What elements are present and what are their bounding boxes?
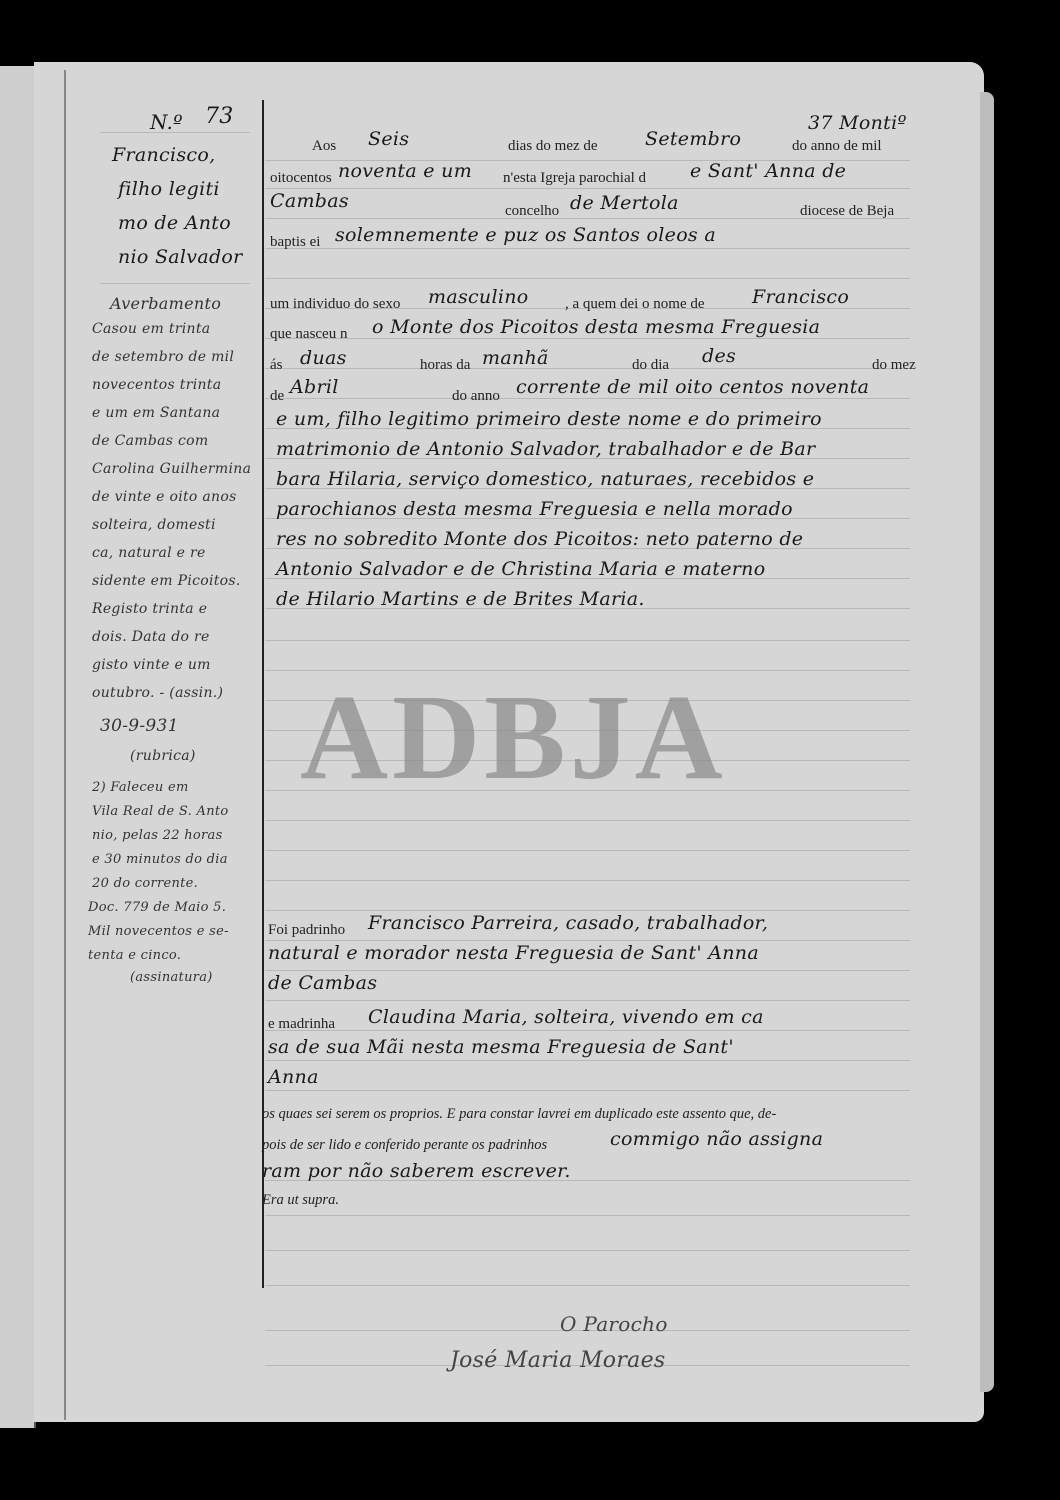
record-number-label: N.º — [150, 110, 183, 134]
margin-note-line: Casou em trinta — [92, 321, 210, 337]
printed-text: do mez — [872, 357, 916, 374]
ruled-line — [265, 1060, 910, 1061]
margin-name-line: mo de Anto — [118, 212, 231, 234]
margin-note-line: nio, pelas 22 horas — [92, 828, 223, 843]
handwritten-text: bara Hilaria, serviço domestico, naturae… — [276, 468, 814, 490]
margin-note-initials: (rubrica) — [130, 748, 196, 764]
printed-text: do anno — [452, 388, 500, 405]
madrinha-line: Claudina Maria, solteira, vivendo em ca — [368, 1006, 764, 1028]
ruled-line — [265, 1030, 910, 1031]
margin-note-line: Carolina Guilhermina — [92, 461, 251, 477]
ruled-line — [265, 970, 910, 971]
margin-note-line: 2) Faleceu em — [92, 780, 189, 795]
handwritten-text: e um, filho legitimo primeiro deste nome… — [276, 408, 822, 430]
record-number: 73 — [205, 104, 234, 129]
ruled-line — [265, 1250, 910, 1251]
ruled-line — [265, 640, 910, 641]
ruled-line — [265, 248, 910, 249]
madrinha-label: e madrinha — [268, 1016, 335, 1033]
handwritten-text: noventa e um — [338, 160, 472, 182]
handwritten-text: Abril — [290, 376, 339, 398]
ruled-line — [265, 910, 910, 911]
margin-note-line: outubro. - (assin.) — [92, 685, 223, 701]
ruled-line — [265, 1215, 910, 1216]
margin-note-line: gisto vinte e um — [92, 657, 211, 673]
margin-note-line: Vila Real de S. Anto — [92, 804, 229, 819]
margin-name-line: filho legiti — [118, 178, 220, 200]
handwritten-text: o Monte dos Picoitos desta mesma Fregues… — [372, 316, 820, 338]
margin-note-line: Averbamento — [110, 294, 221, 313]
padrinho-line: Francisco Parreira, casado, trabalhador, — [368, 912, 768, 934]
ruled-line — [265, 338, 910, 339]
printed-text: um individuo do sexo — [270, 296, 400, 313]
margin-note-line: e 30 minutos do dia — [92, 852, 228, 867]
printed-text: de — [270, 388, 284, 405]
margin-note-line: sidente em Picoitos. — [92, 573, 241, 589]
printed-text: ás — [270, 357, 283, 374]
margin-name-line: nio Salvador — [118, 246, 243, 268]
closing-line: os quaes sei serem os proprios. E para c… — [262, 1106, 776, 1123]
margin-note-line: Mil novecentos e se- — [88, 924, 229, 939]
signature-title: O Parocho — [560, 1312, 668, 1336]
handwritten-text: Antonio Salvador e de Christina Maria e … — [276, 558, 765, 580]
padrinho-line: de Cambas — [268, 972, 377, 994]
closing-handwritten: ram por não saberem escrever. — [262, 1160, 571, 1182]
handwritten-text: Cambas — [270, 190, 349, 212]
ruled-line — [100, 283, 250, 284]
printed-text: do anno de mil — [792, 138, 882, 155]
handwritten-text: de Mertola — [570, 192, 679, 214]
ruled-line — [265, 1000, 910, 1001]
margin-note-line: e um em Santana — [92, 405, 220, 421]
margin-note-date: 30-9-931 — [100, 716, 179, 736]
madrinha-line: sa de sua Mãi nesta mesma Freguesia de S… — [268, 1036, 734, 1058]
ruled-line — [265, 1090, 910, 1091]
margin-note-line: Registo trinta e — [92, 601, 207, 617]
ruled-line — [265, 1285, 910, 1286]
handwritten-text: Setembro — [645, 128, 741, 150]
margin-note-line: Doc. 779 de Maio 5. — [88, 900, 226, 915]
signature-name: José Maria Moraes — [450, 1348, 666, 1373]
ruled-line — [265, 850, 910, 851]
ruled-line — [265, 820, 910, 821]
handwritten-text: Francisco — [752, 286, 849, 308]
ruled-line — [265, 880, 910, 881]
annotation-top-right: 37 Montiº — [808, 112, 907, 134]
margin-note-line: tenta e cinco. — [88, 948, 181, 963]
handwritten-text: parochianos desta mesma Freguesia e nell… — [276, 498, 793, 520]
madrinha-line: Anna — [268, 1066, 319, 1088]
margin-note-line: ca, natural e re — [92, 545, 206, 561]
margin-note-line: de Cambas com — [92, 433, 208, 449]
handwritten-text: duas — [300, 347, 347, 369]
margin-name-line: Francisco, — [112, 144, 215, 166]
ruled-line — [265, 278, 910, 279]
printed-text: do dia — [632, 357, 669, 374]
margin-note-line: solteira, domesti — [92, 517, 216, 533]
handwritten-text: solemnemente e puz os Santos oleos a — [335, 224, 716, 246]
printed-text: diocese de Beja — [800, 203, 894, 220]
handwritten-text: masculino — [428, 286, 529, 308]
handwritten-text: Seis — [368, 128, 409, 150]
printed-text: oitocentos — [270, 170, 332, 187]
era-ut-supra: Era ut supra. — [262, 1192, 339, 1209]
printed-text: concelho — [505, 203, 559, 220]
padrinho-label: Foi padrinho — [268, 922, 345, 939]
printed-text: Aos — [312, 138, 336, 155]
handwritten-text: des — [702, 345, 736, 367]
margin-note-line: 20 do corrente. — [92, 876, 198, 891]
printed-text: baptis ei — [270, 234, 320, 251]
ruled-line — [265, 398, 910, 399]
handwritten-text: de Hilario Martins e de Brites Maria. — [276, 588, 645, 610]
watermark: ADBJA — [300, 668, 727, 808]
margin-note-signature: (assinatura) — [130, 970, 213, 985]
ruled-line — [265, 368, 910, 369]
handwritten-text: e Sant' Anna de — [690, 160, 846, 182]
printed-text: que nasceu n — [270, 326, 347, 343]
handwritten-text: matrimonio de Antonio Salvador, trabalha… — [276, 438, 815, 460]
margin-note-line: dois. Data do re — [92, 629, 210, 645]
ruled-line — [265, 940, 910, 941]
printed-text: dias do mez de — [508, 138, 598, 155]
padrinho-line: natural e morador nesta Freguesia de San… — [268, 942, 759, 964]
left-page-edge — [0, 66, 36, 1428]
margin-note-line: novecentos trinta — [92, 377, 221, 393]
handwritten-text: corrente de mil oito centos noventa — [516, 376, 869, 398]
margin-note-line: de setembro de mil — [92, 349, 234, 365]
ruled-line — [265, 188, 910, 189]
closing-line: pois de ser lido e conferido perante os … — [262, 1137, 547, 1154]
margin-note-line: de vinte e oito anos — [92, 489, 237, 505]
handwritten-text: manhã — [482, 347, 549, 369]
handwritten-text: res no sobredito Monte dos Picoitos: net… — [276, 528, 803, 550]
printed-text: n'esta Igreja parochial d — [503, 170, 646, 187]
binding-line — [64, 70, 66, 1420]
printed-text: horas da — [420, 357, 470, 374]
printed-text: , a quem dei o nome de — [565, 296, 705, 313]
page-stack-edge — [980, 92, 994, 1392]
closing-handwritten: commigo não assigna — [610, 1128, 823, 1150]
